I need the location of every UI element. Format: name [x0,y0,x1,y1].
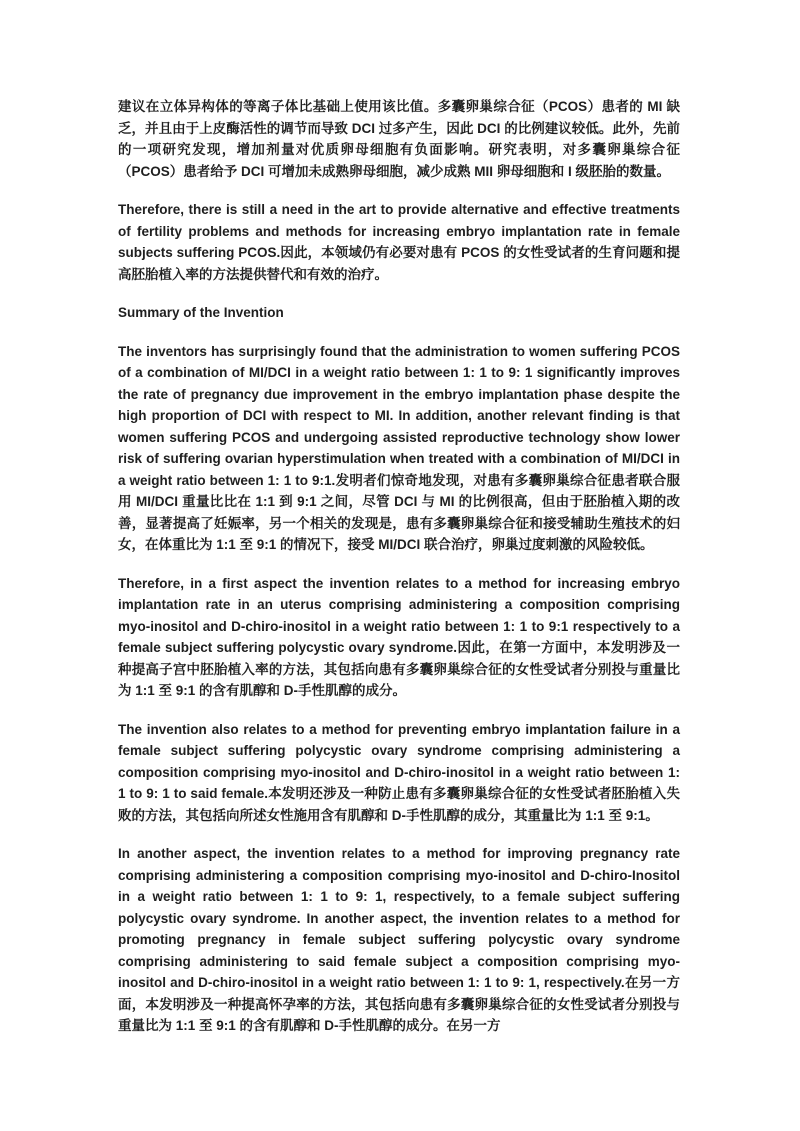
section-heading-summary: Summary of the Invention [118,302,680,324]
paragraph-inventors-finding: The inventors has surprisingly found tha… [118,341,680,556]
paragraph-improve-pregnancy-rate: In another aspect, the invention relates… [118,843,680,1037]
document-content: 建议在立体异构体的等离子体比基础上使用该比值。多囊卵巢综合征（PCOS）患者的 … [118,96,680,1054]
paragraph-need-in-art: Therefore, there is still a need in the … [118,199,680,285]
document-page: 建议在立体异构体的等离子体比基础上使用该比值。多囊卵巢综合征（PCOS）患者的 … [0,0,800,1131]
paragraph-prevent-implantation-failure: The invention also relates to a method f… [118,719,680,827]
paragraph-pcos-background: 建议在立体异构体的等离子体比基础上使用该比值。多囊卵巢综合征（PCOS）患者的 … [118,96,680,182]
paragraph-first-aspect: Therefore, in a first aspect the inventi… [118,573,680,702]
